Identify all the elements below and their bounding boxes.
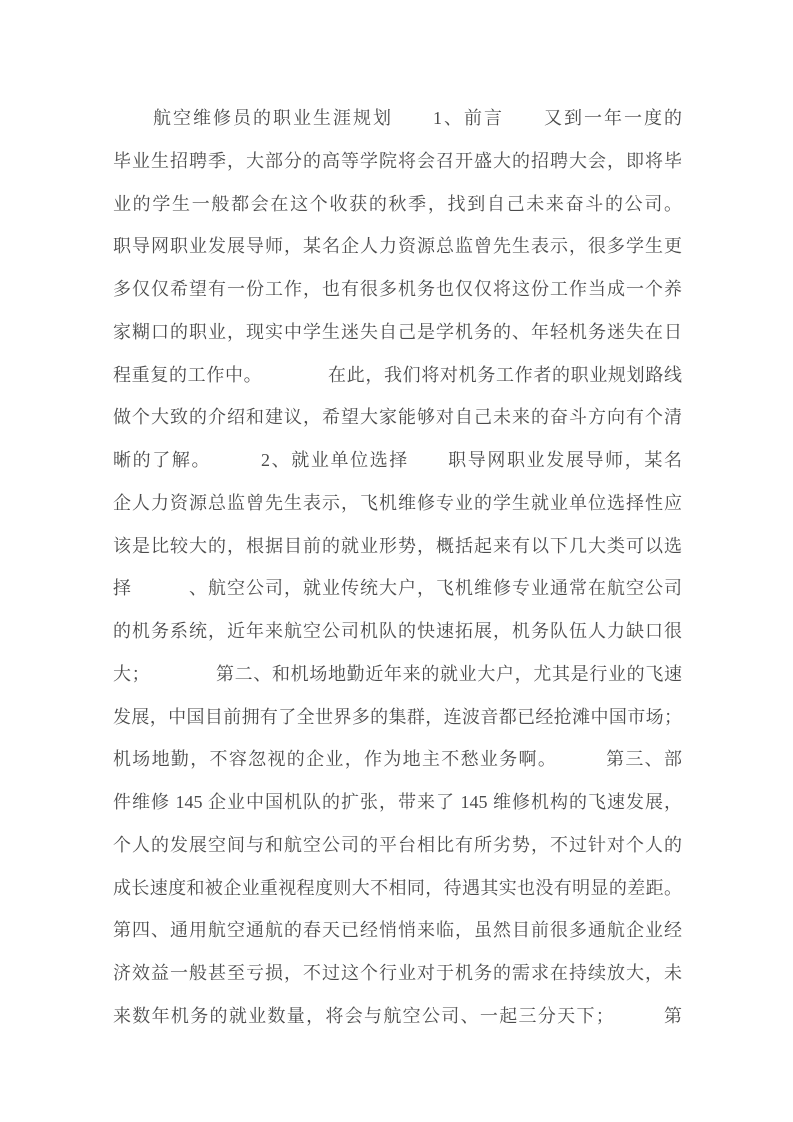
text-line: 大； 第二、和机场地勤近年来的就业大户，尤其是行业的飞速 (113, 653, 682, 696)
text-line: 发展，中国目前拥有了全世界多的集群，连波音都已经抢滩中国市场； (113, 696, 682, 739)
text-line: 济效益一般甚至亏损，不过这个行业对于机务的需求在持续放大，未 (113, 952, 682, 995)
text-line: 来数年机务的就业数量，将会与航空公司、一起三分天下； 第 (113, 995, 682, 1038)
text-line: 件维修 145 企业中国机队的扩张，带来了 145 维修机构的飞速发展， (113, 781, 682, 824)
text-line: 企人力资源总监曾先生表示，飞机维修专业的学生就业单位选择性应 (113, 482, 682, 525)
text-line: 成长速度和被企业重视程度则大不相同，待遇其实也没有明显的差距。 (113, 867, 682, 910)
text-line: 的机务系统，近年来航空公司机队的快速拓展，机务队伍人力缺口很 (113, 610, 682, 653)
text-line: 做个大致的介绍和建议，希望大家能够对自己未来的奋斗方向有个清 (113, 396, 682, 439)
text-line: 第四、通用航空通航的春天已经悄悄来临，虽然目前很多通航企业经 (113, 909, 682, 952)
text-line: 晰的了解。 2、就业单位选择 职导网职业发展导师，某名 (113, 439, 682, 482)
text-line: 业的学生一般都会在这个收获的秋季，找到自己未来奋斗的公司。 (113, 183, 682, 226)
text-line: 该是比较大的，根据目前的就业形势，概括起来有以下几大类可以选 (113, 525, 682, 568)
text-line: 个人的发展空间与和航空公司的平台相比有所劣势，不过针对个人的 (113, 824, 682, 867)
document-page: 航空维修员的职业生涯规划 1、前言 又到一年一度的毕业生招聘季，大部分的高等学院… (0, 0, 793, 1122)
text-line: 择 、航空公司，就业传统大户，飞机维修专业通常在航空公司 (113, 567, 682, 610)
text-line: 毕业生招聘季，大部分的高等学院将会召开盛大的招聘大会，即将毕 (113, 140, 682, 183)
document-body: 航空维修员的职业生涯规划 1、前言 又到一年一度的毕业生招聘季，大部分的高等学院… (113, 97, 682, 1038)
text-line: 程重复的工作中。 在此，我们将对机务工作者的职业规划路线 (113, 354, 682, 397)
text-line: 多仅仅希望有一份工作，也有很多机务也仅仅将这份工作当成一个养 (113, 268, 682, 311)
text-line: 机场地勤，不容忽视的企业，作为地主不愁业务啊。 第三、部 (113, 738, 682, 781)
text-line: 家糊口的职业，现实中学生迷失自己是学机务的、年轻机务迷失在日 (113, 311, 682, 354)
text-line: 职导网职业发展导师，某名企人力资源总监曾先生表示，很多学生更 (113, 225, 682, 268)
text-line: 航空维修员的职业生涯规划 1、前言 又到一年一度的 (113, 97, 682, 140)
